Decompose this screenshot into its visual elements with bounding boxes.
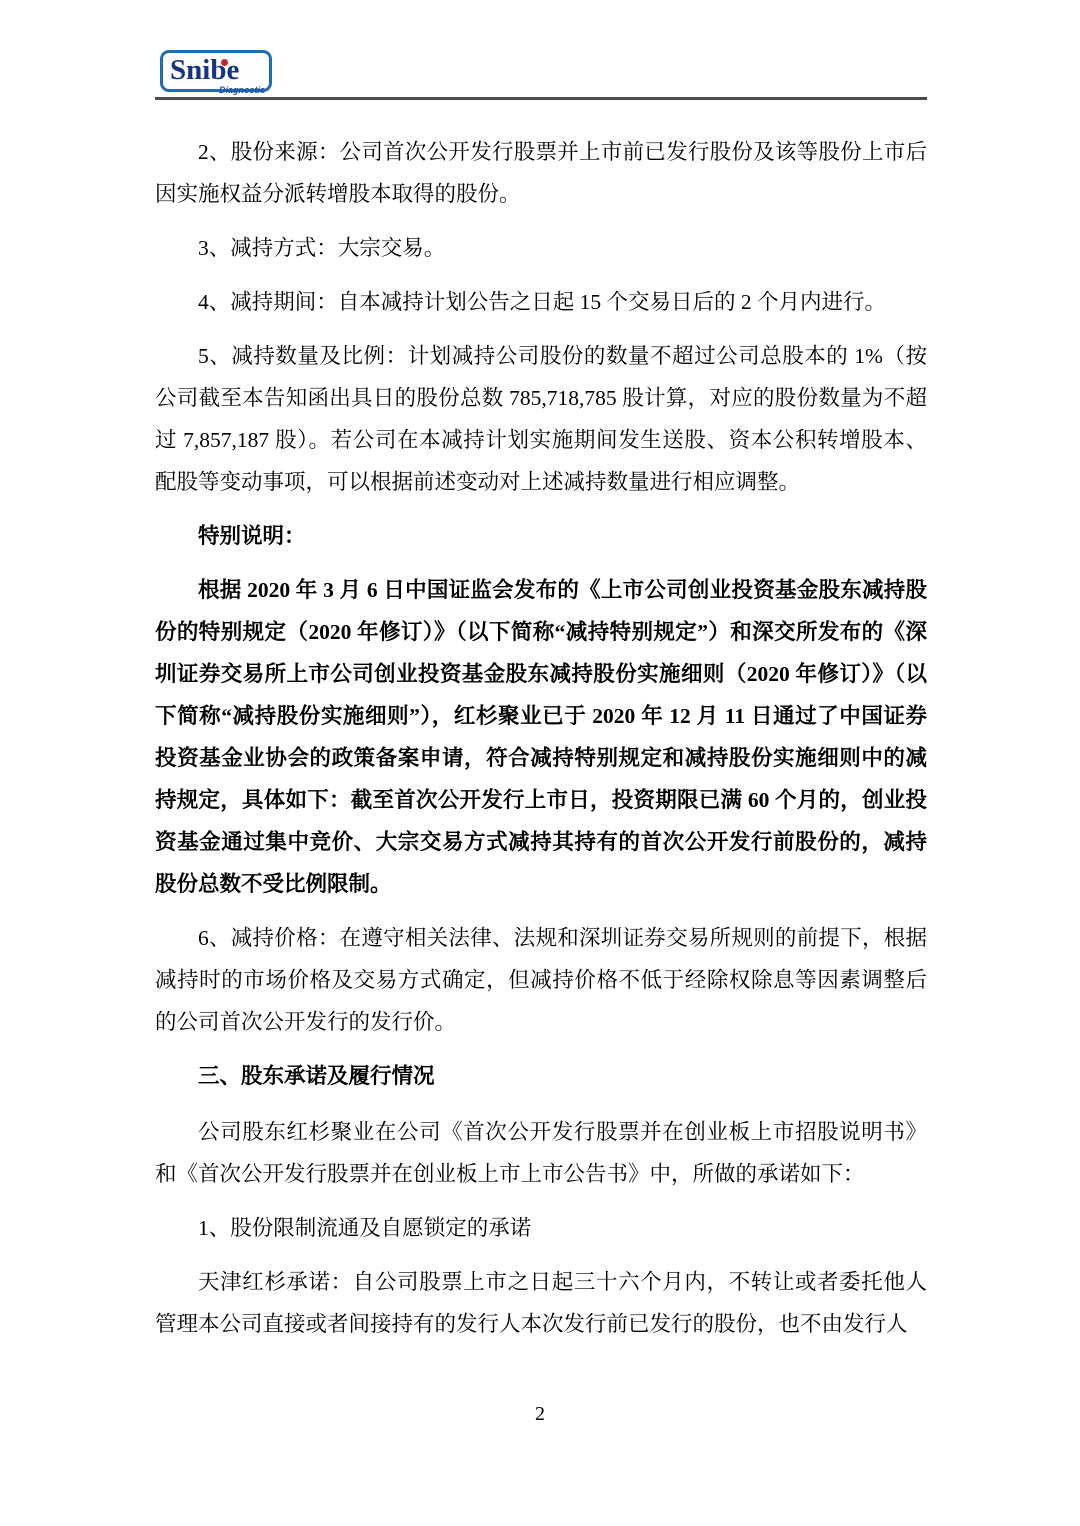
page-number: 2 xyxy=(535,1403,545,1425)
paragraph: 公司股东红杉聚业在公司《首次公开发行股票并在创业板上市招股说明书》和《首次公开发… xyxy=(155,1111,927,1195)
paragraph: 1、股份限制流通及自愿锁定的承诺 xyxy=(155,1207,927,1249)
paragraph: 根据 2020 年 3 月 6 日中国证监会发布的《上市公司创业投资基金股东减持… xyxy=(155,569,927,905)
document-page: Snibe Diagnostic 2、股份来源：公司首次公开发行股票并上市前已发… xyxy=(0,0,1080,1526)
snibe-logo-text: Snibe xyxy=(170,51,239,89)
paragraph: 2、股份来源：公司首次公开发行股票并上市前已发行股份及该等股份上市后因实施权益分… xyxy=(155,131,927,215)
snibe-logo-tagline: Diagnostic xyxy=(219,85,265,95)
paragraph: 天津红杉承诺：自公司股票上市之日起三十六个月内，不转让或者委托他人管理本公司直接… xyxy=(155,1261,927,1345)
paragraph: 三、股东承诺及履行情况 xyxy=(155,1055,927,1097)
paragraph: 4、减持期间：自本减持计划公告之日起 15 个交易日后的 2 个月内进行。 xyxy=(155,281,927,323)
paragraph: 6、减持价格：在遵守相关法律、法规和深圳证券交易所规则的前提下，根据减持时的市场… xyxy=(155,917,927,1043)
snibe-logo: Snibe Diagnostic xyxy=(160,50,272,92)
header-divider xyxy=(155,97,927,100)
logo-red-dot-icon xyxy=(220,58,229,67)
paragraph: 特别说明： xyxy=(155,515,927,557)
paragraph: 5、减持数量及比例：计划减持公司股份的数量不超过公司总股本的 1%（按公司截至本… xyxy=(155,335,927,503)
page-footer: 2 xyxy=(0,1403,1080,1426)
document-body: 2、股份来源：公司首次公开发行股票并上市前已发行股份及该等股份上市后因实施权益分… xyxy=(155,131,927,1357)
paragraph: 3、减持方式：大宗交易。 xyxy=(155,227,927,269)
